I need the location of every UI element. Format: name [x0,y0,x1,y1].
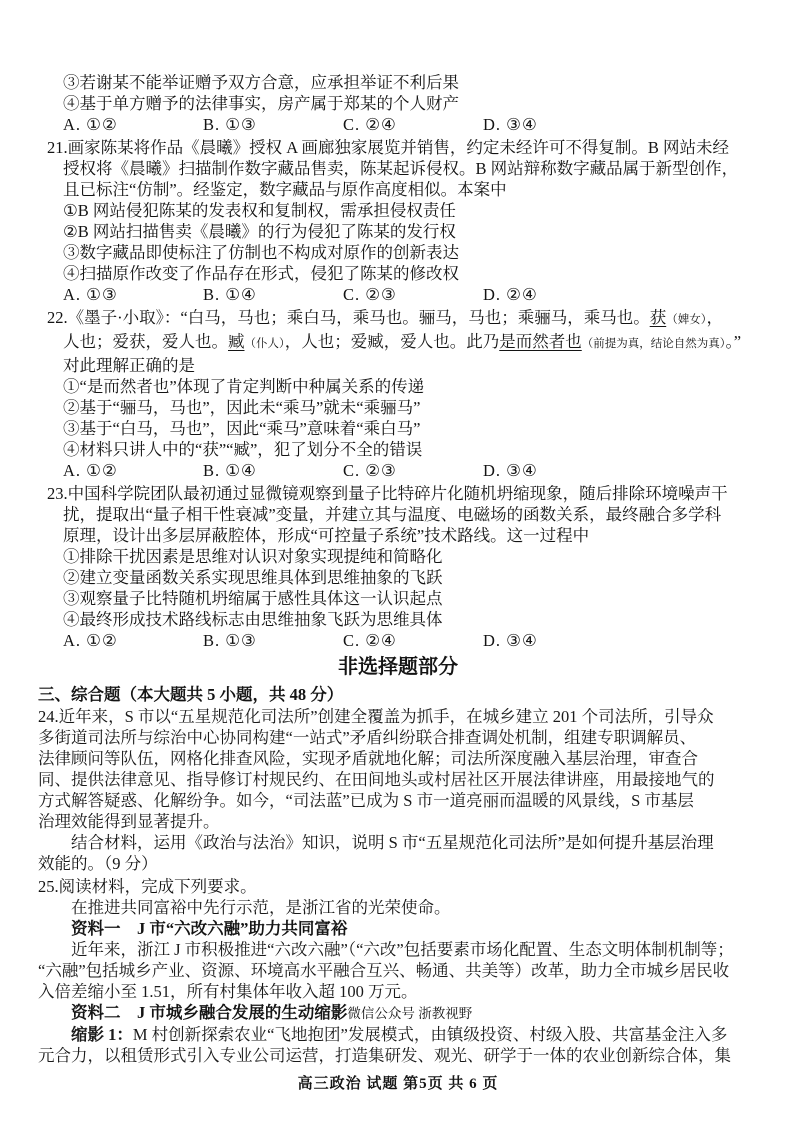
question-21: 21. 画家陈某将作品《晨曦》授权 A 画廊独家展览并销售，约定未经许可不得复制… [47,137,758,305]
option-item: ③若谢某不能举证赠予双方合意，应承担举证不利后果 [47,72,758,93]
material-line: 同、提供法律意见、指导修订村规民约、在田间地头或村居社区开展法律讲座，用最接地气… [38,769,758,790]
material-line: 治理效能得到显著提升。 [38,811,758,832]
choice-d: D. ③④ [483,114,538,135]
stem-line: 授权将《晨曦》扫描制作数字藏品售卖，陈某起诉侵权。B 网站辩称数字藏品属于新型创… [47,158,758,179]
choices-row: A. ①② B. ①③ C. ②④ D. ③④ [47,630,758,651]
option-item: ④基于单方赠予的法律事实，房产属于郑某的个人财产 [47,93,758,114]
choice-d: D. ③④ [483,630,538,651]
question-24: 24. 近年来，S 市以“五星规范化司法所”创建全覆盖为抓手，在城乡建立 201… [38,706,758,874]
choice-b: B. ①④ [203,460,343,481]
material-line: 方式解答疑惑、化解纷争。如今，“司法蓝”已成为 S 市一道亮丽而温暖的风景线，S… [38,790,758,811]
choices-row: A. ①③ B. ①④ C. ②③ D. ②④ [47,284,758,305]
material-line: 近年来，浙江 J 市积极推进“六改六融”（“六改”包括要素市场化配置、生态文明体… [38,939,758,960]
section-heading: 非选择题部分 [38,654,758,681]
option-item: ②B 网站扫描售卖《晨曦》的行为侵犯了陈某的发行权 [47,221,758,242]
material-line: 24. 近年来，S 市以“五星规范化司法所”创建全覆盖为抓手，在城乡建立 201… [38,706,758,727]
choice-b: B. ①③ [203,114,343,135]
page-footer: 高三政治 试题 第5页 共 6 页 [38,1074,758,1095]
option-item: ④材料只讲人中的“获”“臧”，犯了划分不全的错误 [47,439,758,460]
choice-b: B. ①③ [203,630,343,651]
option-item: ①排除干扰因素是思维对认识对象实现提纯和简略化 [47,546,758,567]
option-item: ②建立变量函数关系实现思维具体到思维抽象的飞跃 [47,567,758,588]
stem-line: 且已标注“仿制”。经鉴定，数字藏品与原作高度相似。本案中 [47,179,758,200]
choice-d: D. ②④ [483,284,538,305]
option-item: ④扫描原作改变了作品存在形式，侵犯了陈某的修改权 [47,263,758,284]
material-line: 多街道司法所与综治中心协同构建“一站式”矛盾纠纷联合排查调处机制，组建专职调解员… [38,727,758,748]
question-20-tail: ③若谢某不能举证赠予双方合意，应承担举证不利后果 ④基于单方赠予的法律事实，房产… [47,72,758,135]
choice-a: A. ①③ [63,284,203,305]
stem-line: 对此理解正确的是 [47,355,758,376]
choice-a: A. ①② [63,460,203,481]
option-item: ②基于“骊马，马也”，因此未“乘马”就未“乘骊马” [47,397,758,418]
stem-line: 22. 《墨子·小取》：“白马，马也；乘白马，乘马也。骊马，马也；乘骊马，乘马也… [47,307,758,331]
material-line: 入倍差缩小至 1.51，所有村集体年收入超 100 万元。 [38,981,758,1002]
choice-c: C. ②③ [343,460,483,481]
stem-line: 23. 中国科学院团队最初通过显微镜观察到量子比特碎片化随机坍缩现象，随后排除环… [47,483,758,504]
question-number: 22. [47,307,68,331]
stem-line: 原理，设计出多层屏蔽腔体，形成“可控量子系统”技术路线。这一过程中 [47,525,758,546]
choice-a: A. ①② [63,114,203,135]
material-line: “六融”包括城乡产业、资源、环境高水平融合互兴、畅通、共美等）改革，助力全市城乡… [38,960,758,981]
stem-text: 画家陈某将作品《晨曦》授权 A 画廊独家展览并销售，约定未经许可不得复制。B 网… [68,137,729,158]
option-item: ③基于“白马，马也”，因此“乘马”意味着“乘白马” [47,418,758,439]
lead-line: 在推进共同富裕中先行示范，是浙江省的光荣使命。 [38,897,758,918]
choices-row: A. ①② B. ①③ C. ②④ D. ③④ [47,114,758,135]
material-text: 近年来，S 市以“五星规范化司法所”创建全覆盖为抓手，在城乡建立 201 个司法… [59,706,714,727]
intro-line: 25. 阅读材料，完成下列要求。 [38,876,758,897]
question-25: 25. 阅读材料，完成下列要求。 在推进共同富裕中先行示范，是浙江省的光荣使命。… [38,876,758,1066]
question-22: 22. 《墨子·小取》：“白马，马也；乘白马，乘马也。骊马，马也；乘骊马，乘马也… [47,307,758,481]
question-23: 23. 中国科学院团队最初通过显微镜观察到量子比特碎片化随机坍缩现象，随后排除环… [47,483,758,651]
stem-line: 21. 画家陈某将作品《晨曦》授权 A 画廊独家展览并销售，约定未经许可不得复制… [47,137,758,158]
exam-page: ③若谢某不能举证赠予双方合意，应承担举证不利后果 ④基于单方赠予的法律事实，房产… [0,0,800,1131]
intro-text: 阅读材料，完成下列要求。 [59,876,257,897]
section-subheading: 三、综合题（本大题共 5 小题，共 48 分） [38,683,758,706]
material-2-heading: 资料二 J 市城乡融合发展的生动缩影微信公众号 浙教视野 [38,1002,758,1024]
task-line: 效能的。（9 分） [38,853,758,874]
stem-text: 中国科学院团队最初通过显微镜观察到量子比特碎片化随机坍缩现象，随后排除环境噪声干 [68,483,728,504]
option-item: ③数字藏品即使标注了仿制也不构成对原作的创新表达 [47,242,758,263]
choice-a: A. ①② [63,630,203,651]
choice-c: C. ②④ [343,114,483,135]
choices-row: A. ①② B. ①④ C. ②③ D. ③④ [47,460,758,481]
question-number: 23. [47,483,68,504]
material-line: 元合力，以租赁形式引入专业公司运营，打造集研发、观光、研学于一体的农业创新综合体… [38,1045,758,1066]
material-line: 缩影 1：M 村创新探索农业“飞地抱团”发展模式，由镇级投资、村级入股、共富基金… [38,1024,758,1045]
question-number: 24. [38,706,59,727]
stem-line: 扰，提取出“量子相干性衰减”变量，并建立其与温度、电磁场的函数关系，最终融合多学… [47,504,758,525]
stem-line: 人也；爱获，爱人也。臧（仆人），人也；爱臧，爱人也。此乃是而然者也（前提为真，结… [47,331,758,355]
question-number: 21. [47,137,68,158]
stem-text: 《墨子·小取》：“白马，马也；乘白马，乘马也。骊马，马也；乘骊马，乘马也。获（婢… [68,307,723,331]
choice-c: C. ②④ [343,630,483,651]
material-1-heading: 资料一 J 市“六改六融”助力共同富裕 [38,918,758,939]
option-item: ①B 网站侵犯陈某的发表权和复制权，需承担侵权责任 [47,200,758,221]
option-item: ④最终形成技术路线标志由思维抽象飞跃为思维具体 [47,609,758,630]
choice-b: B. ①④ [203,284,343,305]
task-line: 结合材料，运用《政治与法治》知识，说明 S 市“五星规范化司法所”是如何提升基层… [38,832,758,853]
option-item: ①“是而然者也”体现了肯定判断中种属关系的传递 [47,376,758,397]
material-line: 法律顾问等队伍，网格化排查风险，实现矛盾就地化解；司法所深度融入基层治理，审查合 [38,748,758,769]
option-item: ③观察量子比特随机坍缩属于感性具体这一认识起点 [47,588,758,609]
choice-c: C. ②③ [343,284,483,305]
question-number: 25. [38,876,59,897]
choice-d: D. ③④ [483,460,538,481]
